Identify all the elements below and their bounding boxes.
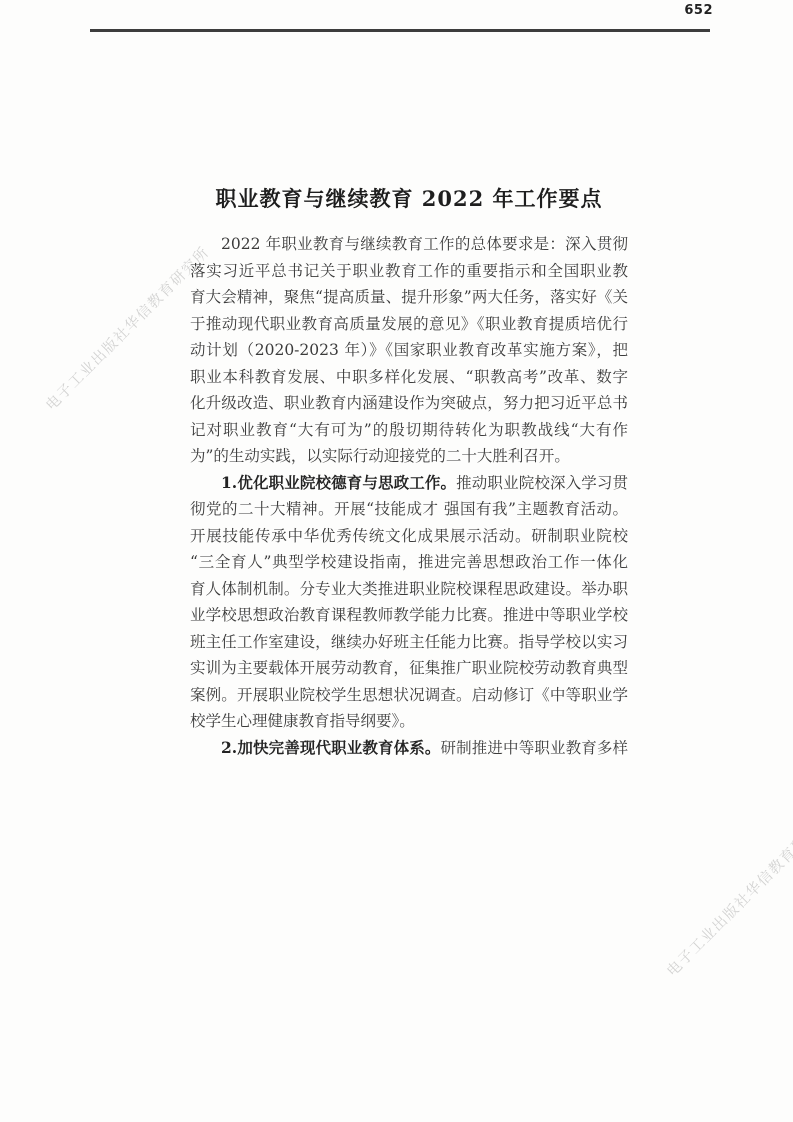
text-segment: “三全育人”典型学校建设指南，推进完善思想政治工作一体化: [190, 553, 628, 571]
text-segment-bold: 1.优化职业院校德育与思政工作。: [221, 473, 456, 492]
text-line: 业学校思想政治教育课程教师教学能力比赛。推进中等职业学校: [190, 602, 628, 629]
text-line: 职业本科教育发展、中职多样化发展、“职教高考”改革、数字: [190, 364, 628, 391]
text-line: 校学生心理健康教育指导纲要》。: [190, 708, 628, 735]
text-segment: 职业本科教育发展、中职多样化发展、“职教高考”改革、数字: [190, 368, 628, 386]
text-line: 案例。开展职业院校学生思想状况调查。启动修订《中等职业学: [190, 682, 628, 709]
text-line: 开展技能传承中华优秀传统文化成果展示活动。研制职业院校: [190, 523, 628, 550]
text-segment: 彻党的二十大精神。开展“技能成才 强国有我”主题教育活动。: [190, 500, 628, 518]
text-line: 班主任工作室建设，继续办好班主任能力比赛。指导学校以实习: [190, 629, 628, 656]
document-title: 职业教育与继续教育 2022 年工作要点: [190, 183, 628, 213]
header-rule: [90, 29, 710, 32]
text-line: 彻党的二十大精神。开展“技能成才 强国有我”主题教育活动。: [190, 496, 628, 523]
text-line: “三全育人”典型学校建设指南，推进完善思想政治工作一体化: [190, 549, 628, 576]
text-line: 记对职业教育“大有可为”的殷切期待转化为职教战线“大有作: [190, 417, 628, 444]
text-segment: 育人体制机制。分专业大类推进职业院校课程思政建设。举办职: [190, 580, 628, 598]
text-line: 动计划（2020-2023 年）》《国家职业教育改革实施方案》，把: [190, 337, 628, 364]
text-line: 2022 年职业教育与继续教育工作的总体要求是：深入贯彻: [190, 231, 628, 258]
text-segment: 班主任工作室建设，继续办好班主任能力比赛。指导学校以实习: [190, 633, 628, 651]
text-segment: 校学生心理健康教育指导纲要》。: [190, 712, 415, 730]
text-segment: 记对职业教育“大有可为”的殷切期待转化为职教战线“大有作: [190, 421, 628, 439]
text-segment: 于推动现代职业教育高质量发展的意见》《职业教育提质培优行: [190, 315, 628, 333]
text-line: 1.优化职业院校德育与思政工作。推动职业院校深入学习贯: [190, 470, 628, 497]
text-segment: 推动职业院校深入学习贯: [456, 474, 628, 492]
text-segment: 落实习近平总书记关于职业教育工作的重要指示和全国职业教: [190, 262, 628, 280]
text-segment: 开展技能传承中华优秀传统文化成果展示活动。研制职业院校: [190, 527, 628, 545]
text-segment: 为”的生动实践，以实际行动迎接党的二十大胜利召开。: [190, 447, 570, 465]
text-segment: 化升级改造、职业教育内涵建设作为突破点，努力把习近平总书: [190, 394, 628, 412]
text-line: 化升级改造、职业教育内涵建设作为突破点，努力把习近平总书: [190, 390, 628, 417]
watermark-left: 电子工业出版社华信教育研究所: [40, 241, 213, 414]
scanned-document-page: 652 电子工业出版社华信教育研究所 电子工业出版社华信教育研究所 职业教育与继…: [0, 0, 793, 1122]
text-segment: 研制推进中等职业教育多样: [441, 739, 628, 757]
text-segment: 案例。开展职业院校学生思想状况调查。启动修订《中等职业学: [190, 686, 628, 704]
text-segment: 育大会精神，聚焦“提高质量、提升形象”两大任务，落实好《关: [190, 288, 628, 306]
text-segment: 实训为主要载体开展劳动教育，征集推广职业院校劳动教育典型: [190, 659, 628, 677]
text-segment-bold: 2.加快完善现代职业教育体系。: [221, 738, 441, 757]
text-segment: 2022 年职业教育与继续教育工作的总体要求是：深入贯彻: [221, 235, 628, 253]
text-segment: 业学校思想政治教育课程教师教学能力比赛。推进中等职业学校: [190, 606, 628, 624]
watermark-right: 电子工业出版社华信教育研究所: [661, 807, 793, 980]
text-line: 2.加快完善现代职业教育体系。研制推进中等职业教育多样: [190, 735, 628, 762]
document-body: 2022 年职业教育与继续教育工作的总体要求是：深入贯彻落实习近平总书记关于职业…: [190, 231, 628, 761]
text-line: 于推动现代职业教育高质量发展的意见》《职业教育提质培优行: [190, 311, 628, 338]
text-line: 为”的生动实践，以实际行动迎接党的二十大胜利召开。: [190, 443, 628, 470]
text-line: 育大会精神，聚焦“提高质量、提升形象”两大任务，落实好《关: [190, 284, 628, 311]
text-line: 实训为主要载体开展劳动教育，征集推广职业院校劳动教育典型: [190, 655, 628, 682]
page-number: 652: [684, 3, 713, 18]
text-line: 育人体制机制。分专业大类推进职业院校课程思政建设。举办职: [190, 576, 628, 603]
text-line: 落实习近平总书记关于职业教育工作的重要指示和全国职业教: [190, 258, 628, 285]
text-segment: 动计划（2020-2023 年）》《国家职业教育改革实施方案》，把: [190, 341, 628, 359]
